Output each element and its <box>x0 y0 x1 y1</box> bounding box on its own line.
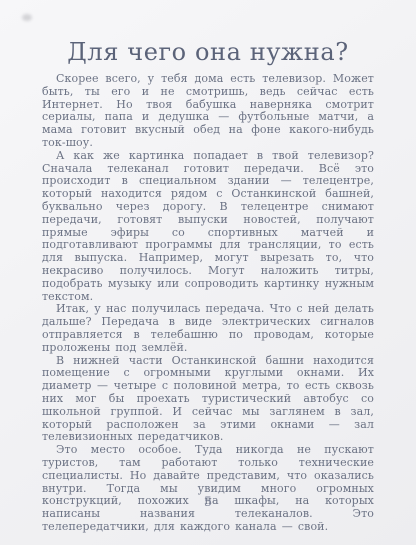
paragraph: В нижней части Останкинской башни находи… <box>42 355 374 445</box>
book-page: Для чего она нужна? Скорее всего, у тебя… <box>0 0 416 545</box>
page-number: 5 <box>0 495 416 510</box>
chapter-title: Для чего она нужна? <box>0 0 416 66</box>
paragraph: Итак, у нас получилась передача. Что с н… <box>42 303 374 354</box>
paragraph: Это место особое. Туда никогда не пускаю… <box>42 444 374 534</box>
paper-smudge <box>22 14 32 21</box>
body-text: Скорее всего, у тебя дома есть телевизор… <box>42 73 374 534</box>
paragraph: А как же картинка попадает в твой телеви… <box>42 150 374 304</box>
paragraph: Скорее всего, у тебя дома есть телевизор… <box>42 73 374 150</box>
